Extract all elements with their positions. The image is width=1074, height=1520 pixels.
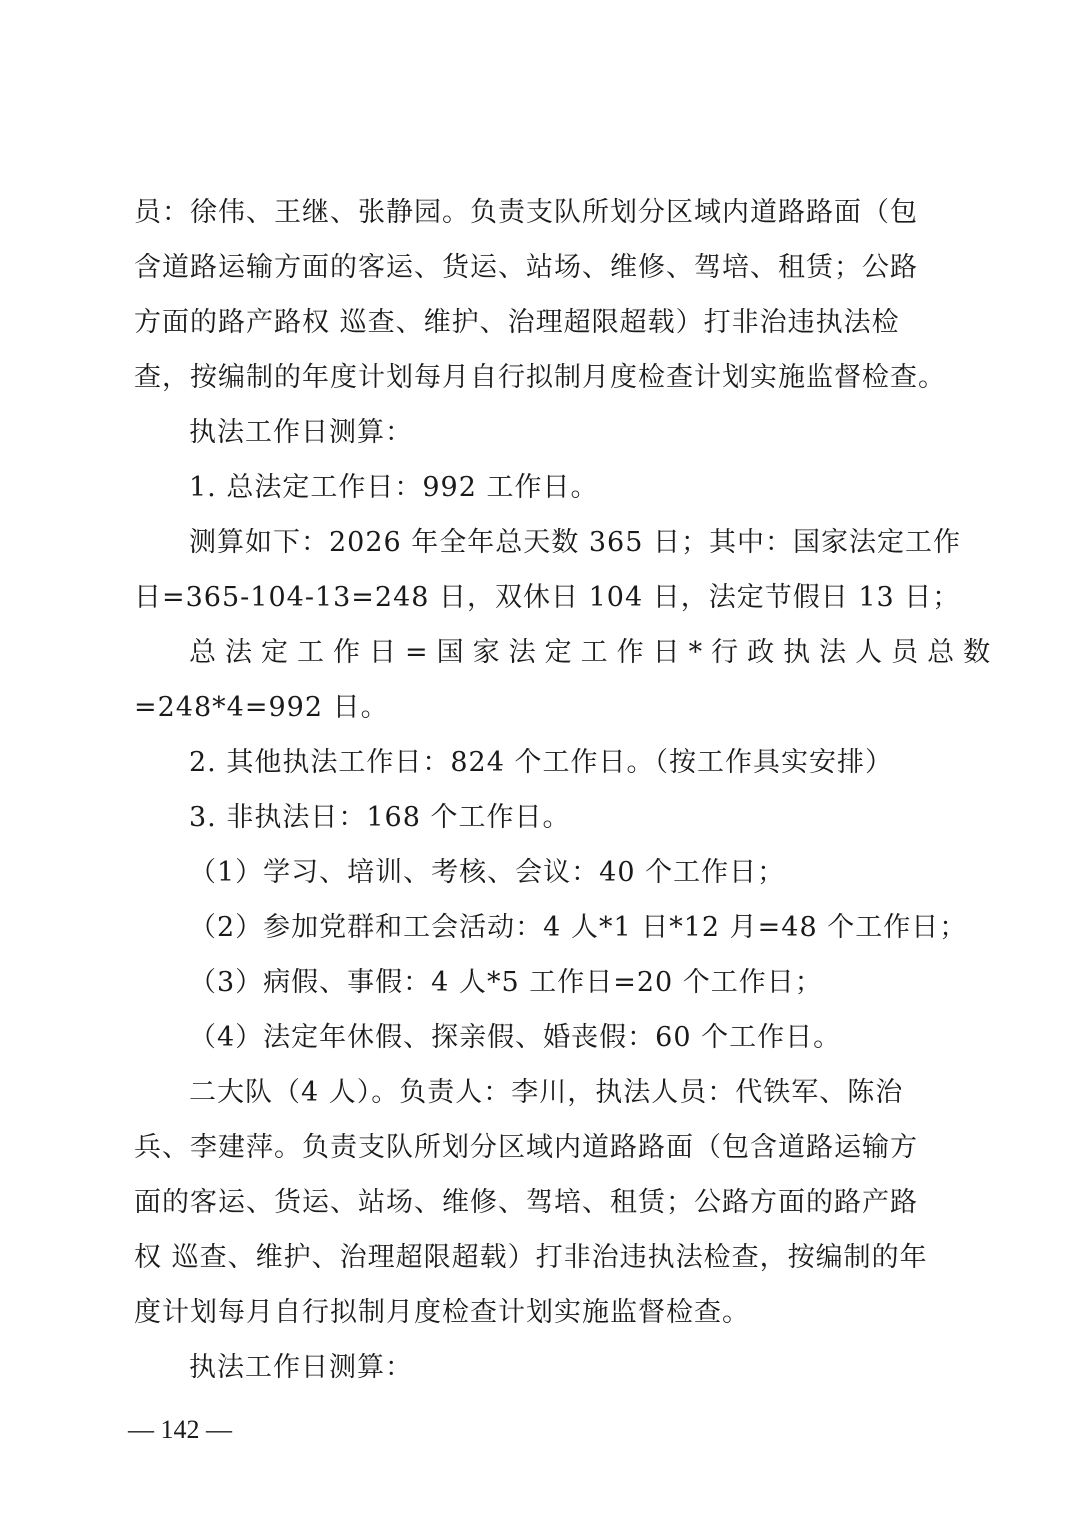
text-line-4: 查，按编制的年度计划每月自行拟制月度检查计划实施监督检查。 [134,360,944,396]
section-heading-workday-calc-2: 执法工作日测算： [189,1350,999,1386]
text-line-2: 含道路运输方面的客运、货运、站场、维修、驾培、租赁；公路 [134,250,944,286]
list-item-2: 2. 其他执法工作日：824 个工作日。（按工作具实安排） [189,745,999,781]
sub-item-1: （1）学习、培训、考核、会议：40 个工作日； [189,855,999,891]
sub-item-3: （3）病假、事假：4 人*5 工作日=20 个工作日； [189,965,999,1001]
text-line-calc-2: 日=365-104-13=248 日，双休日 104 日，法定节假日 13 日； [134,580,944,616]
text-line-team2-5: 度计划每月自行拟制月度检查计划实施监督检查。 [134,1295,944,1331]
text-line-3: 方面的路产路权 巡查、维护、治理超限超载）打非治违执法检 [134,305,944,341]
text-line-team2-1: 二大队（4 人）。负责人：李川，执法人员：代铁军、陈治 [189,1075,999,1111]
list-item-1: 1. 总法定工作日：992 工作日。 [189,470,999,506]
text-line-formula-result: =248*4=992 日。 [134,690,944,726]
text-line-formula: 总法定工作日=国家法定工作日*行政执法人员总数 [189,635,999,671]
text-line-team2-3: 面的客运、货运、站场、维修、驾培、租赁；公路方面的路产路 [134,1185,944,1221]
sub-item-2: （2）参加党群和工会活动：4 人*1 日*12 月=48 个工作日； [189,910,999,946]
sub-item-4: （4）法定年休假、探亲假、婚丧假：60 个工作日。 [189,1020,999,1056]
page-number: — 142 — [128,1412,232,1448]
text-line-1: 员：徐伟、王继、张静园。负责支队所划分区域内道路路面（包 [134,195,944,231]
section-heading-workday-calc: 执法工作日测算： [189,415,999,451]
list-item-3: 3. 非执法日：168 个工作日。 [189,800,999,836]
text-line-team2-4: 权 巡查、维护、治理超限超载）打非治违执法检查，按编制的年 [134,1240,944,1276]
text-line-team2-2: 兵、李建萍。负责支队所划分区域内道路路面（包含道路运输方 [134,1130,944,1166]
text-line-calc-1: 测算如下：2026 年全年总天数 365 日；其中：国家法定工作 [189,525,999,561]
document-page: 员：徐伟、王继、张静园。负责支队所划分区域内道路路面（包 含道路运输方面的客运、… [0,0,1074,1520]
